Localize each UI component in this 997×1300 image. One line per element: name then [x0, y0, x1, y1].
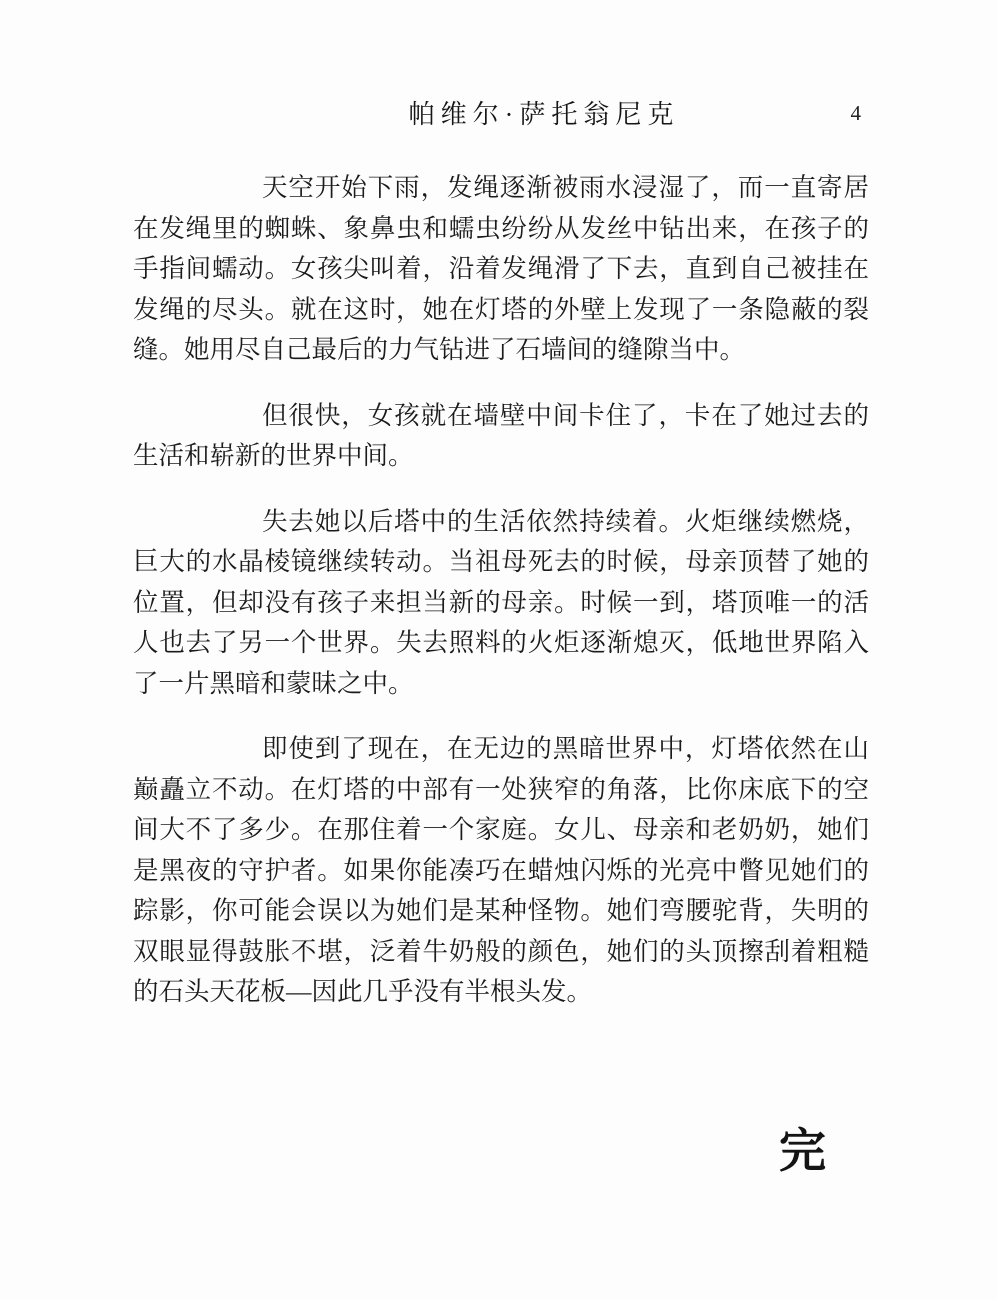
- page-body: 天空开始下雨，发绳逐渐被雨水浸湿了，而一直寄居在发绳里的蜘蛛、象鼻虫和蠕虫纷纷从…: [133, 168, 869, 1038]
- running-head-author: 帕维尔·萨托翁尼克: [176, 94, 912, 131]
- page-header: 帕维尔·萨托翁尼克 4: [133, 94, 869, 134]
- paragraph: 失去她以后塔中的生活依然持续着。火炬继续燃烧，巨大的水晶棱镜继续转动。当祖母死去…: [133, 502, 869, 705]
- end-mark: 完: [779, 1114, 826, 1181]
- paragraph: 天空开始下雨，发绳逐渐被雨水浸湿了，而一直寄居在发绳里的蜘蛛、象鼻虫和蠕虫纷纷从…: [133, 168, 869, 371]
- paragraph: 即使到了现在，在无边的黑暗世界中，灯塔依然在山巅矗立不动。在灯塔的中部有一处狭窄…: [133, 729, 869, 1013]
- paragraph: 但很快，女孩就在墙壁中间卡住了，卡在了她过去的生活和崭新的世界中间。: [133, 396, 869, 477]
- page-number: 4: [851, 101, 862, 126]
- book-page: 帕维尔·萨托翁尼克 4 天空开始下雨，发绳逐渐被雨水浸湿了，而一直寄居在发绳里的…: [0, 0, 997, 1300]
